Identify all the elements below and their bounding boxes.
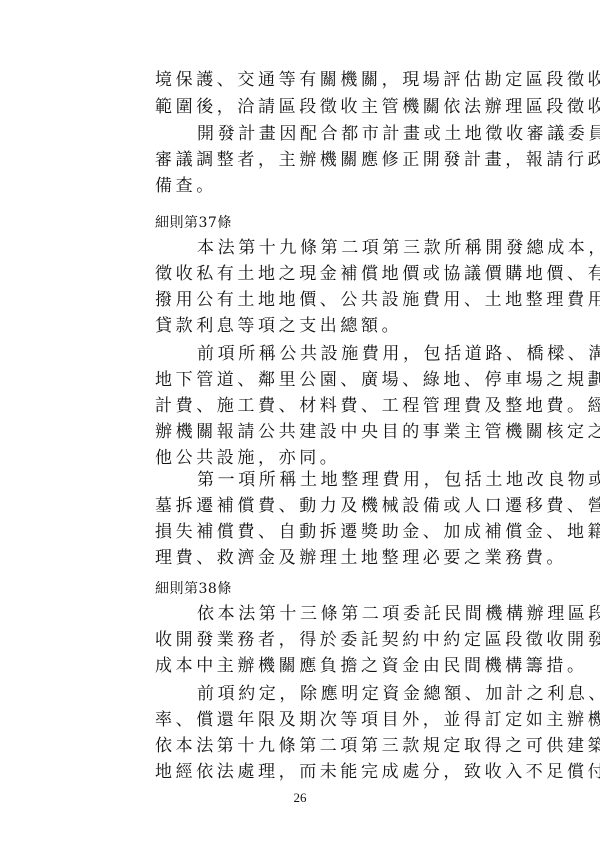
paragraph-line: 貸款利息等項之支出總額。: [155, 316, 402, 336]
paragraph-line: 地經依法處理，而未能完成處分，致收入不足償付民: [155, 762, 600, 782]
paragraph-line: 範圍後，洽請區段徵收主管機關依法辦理區段徵收。: [155, 97, 600, 117]
paragraph-line: 境保護、交通等有關機關，現場評估勘定區段徵收之: [155, 70, 600, 90]
document-page: 境保護、交通等有關機關，現場評估勘定區段徵收之 範圍後，洽請區段徵收主管機關依法…: [0, 0, 600, 848]
paragraph-line: 成本中主辦機關應負擔之資金由民間機構籌措。: [155, 656, 588, 676]
paragraph-line: 備查。: [155, 176, 217, 196]
paragraph-line: 率、償還年限及期次等項目外，並得訂定如主辦機關: [155, 710, 600, 730]
paragraph-line: 依本法第十三條第二項委託民間機構辦理區段徵: [197, 604, 600, 624]
paragraph-line: 本法第十九條第二項第三款所稱開發總成本，指: [197, 238, 600, 258]
article-heading: 細則第38條: [155, 580, 232, 598]
paragraph-line: 他公共設施，亦同。: [155, 448, 340, 468]
paragraph-line: 理費、救濟金及辦理土地整理必要之業務費。: [155, 548, 567, 568]
paragraph-line: 第一項所稱土地整理費用，包括土地改良物或墳: [197, 470, 600, 490]
paragraph-line: 地下管道、鄰里公園、廣場、綠地、停車場之規劃設: [155, 370, 600, 390]
paragraph-line: 墓拆遷補償費、動力及機械設備或人口遷移費、營業: [155, 496, 600, 516]
paragraph-line: 撥用公有土地地價、公共設施費用、土地整理費用及: [155, 290, 600, 310]
paragraph-line: 徵收私有土地之現金補償地價或協議價購地價、有償: [155, 264, 600, 284]
paragraph-line: 審議調整者，主辦機關應修正開發計畫，報請行政院: [155, 150, 600, 170]
paragraph-line: 損失補償費、自動拆遷獎助金、加成補償金、地籍整: [155, 522, 600, 542]
paragraph-line: 前項約定，除應明定資金總額、加計之利息、利: [197, 684, 600, 704]
paragraph-line: 收開發業務者，得於委託契約中約定區段徵收開發總: [155, 630, 600, 650]
paragraph-line: 計費、施工費、材料費、工程管理費及整地費。經主: [155, 396, 600, 416]
paragraph-line: 開發計畫因配合都市計畫或土地徵收審議委員會: [197, 124, 600, 144]
paragraph-line: 依本法第十九條第二項第三款規定取得之可供建築用: [155, 736, 600, 756]
paragraph-line: 前項所稱公共設施費用，包括道路、橋樑、溝渠、: [197, 344, 600, 364]
page-number: 26: [0, 790, 600, 806]
paragraph-line: 辦機關報請公共建設中央目的事業主管機關核定之其: [155, 422, 600, 442]
article-heading: 細則第37條: [155, 214, 232, 232]
